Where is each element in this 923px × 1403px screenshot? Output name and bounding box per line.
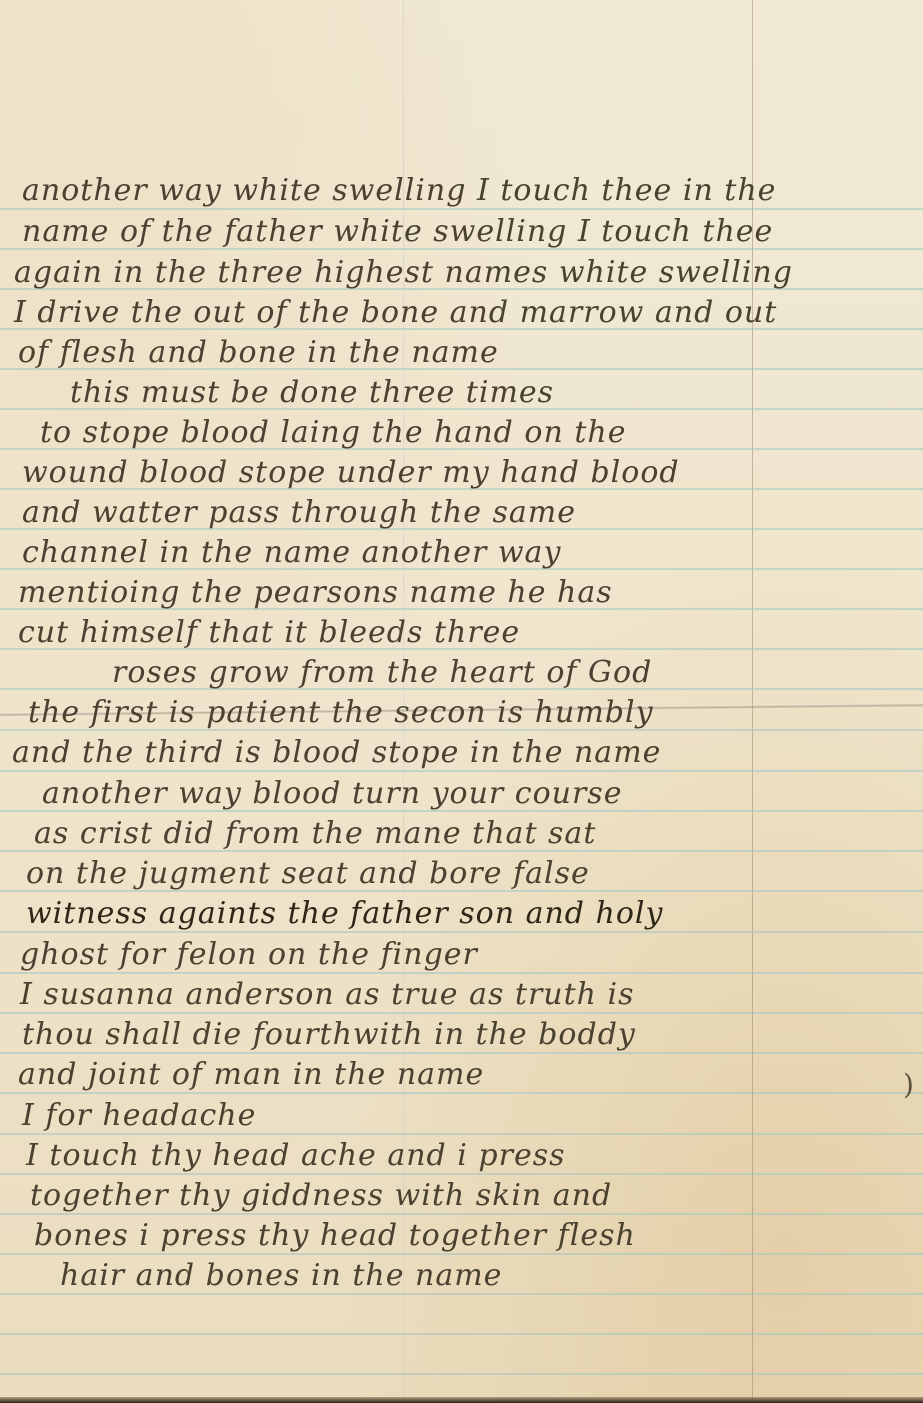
handwritten-line: and the third is blood stope in the name bbox=[12, 738, 661, 768]
handwritten-line: wound blood stope under my hand blood bbox=[22, 458, 680, 488]
ruled-line bbox=[0, 972, 923, 974]
letter-page: another way white swelling I touch thee … bbox=[0, 0, 923, 1403]
handwritten-line: I susanna anderson as true as truth is bbox=[20, 980, 635, 1010]
handwritten-line: hair and bones in the name bbox=[60, 1261, 502, 1291]
handwritten-line: together thy giddness with skin and bbox=[30, 1181, 612, 1211]
handwritten-line: name of the father white swelling I touc… bbox=[22, 217, 773, 247]
ruled-line bbox=[0, 1333, 923, 1335]
handwritten-line: ghost for felon on the finger bbox=[20, 940, 478, 970]
ruled-line bbox=[0, 1052, 923, 1054]
handwritten-line: bones i press thy head together flesh bbox=[34, 1221, 636, 1251]
handwritten-line: and watter pass through the same bbox=[22, 498, 576, 528]
handwritten-line: cut himself that it bleeds three bbox=[18, 618, 520, 648]
handwritten-line: I touch thy head ache and i press bbox=[26, 1141, 566, 1171]
handwritten-line: this must be done three times bbox=[70, 378, 554, 408]
handwritten-line: on the jugment seat and bore false bbox=[26, 859, 590, 889]
handwritten-line: I drive the out of the bone and marrow a… bbox=[14, 298, 777, 328]
ruled-line bbox=[0, 208, 923, 210]
ruled-line bbox=[0, 1253, 923, 1255]
handwritten-line: and joint of man in the name bbox=[18, 1060, 484, 1090]
handwritten-line: the first is patient the secon is humbly bbox=[28, 698, 654, 728]
handwritten-line: channel in the name another way bbox=[22, 538, 561, 568]
page-bottom-edge bbox=[0, 1397, 923, 1403]
ruled-line bbox=[0, 1173, 923, 1175]
ruled-line bbox=[0, 1092, 923, 1094]
handwritten-line: as crist did from the mane that sat bbox=[34, 819, 596, 849]
handwritten-line: thou shall die fourthwith in the boddy bbox=[22, 1020, 636, 1050]
handwritten-line: roses grow from the heart of God bbox=[112, 658, 652, 688]
ruled-line bbox=[0, 1293, 923, 1295]
ruled-line bbox=[0, 770, 923, 772]
handwritten-line: mentioing the pearsons name he has bbox=[18, 578, 613, 608]
handwritten-line: to stope blood laing the hand on the bbox=[40, 418, 626, 448]
margin-mark: ) bbox=[903, 1068, 914, 1101]
handwritten-line: again in the three highest names white s… bbox=[14, 258, 793, 288]
ruled-line bbox=[0, 1012, 923, 1014]
ruled-line bbox=[0, 1133, 923, 1135]
ruled-line bbox=[0, 1373, 923, 1375]
handwritten-line: another way blood turn your course bbox=[42, 779, 622, 809]
handwritten-line: I for headache bbox=[22, 1101, 256, 1131]
handwritten-line: of flesh and bone in the name bbox=[18, 338, 499, 368]
handwritten-line: witness againts the father son and holy bbox=[26, 899, 663, 929]
handwritten-line: another way white swelling I touch thee … bbox=[22, 176, 776, 206]
ruled-line bbox=[0, 1213, 923, 1215]
ruled-line bbox=[0, 931, 923, 933]
margin-line bbox=[752, 0, 753, 1403]
